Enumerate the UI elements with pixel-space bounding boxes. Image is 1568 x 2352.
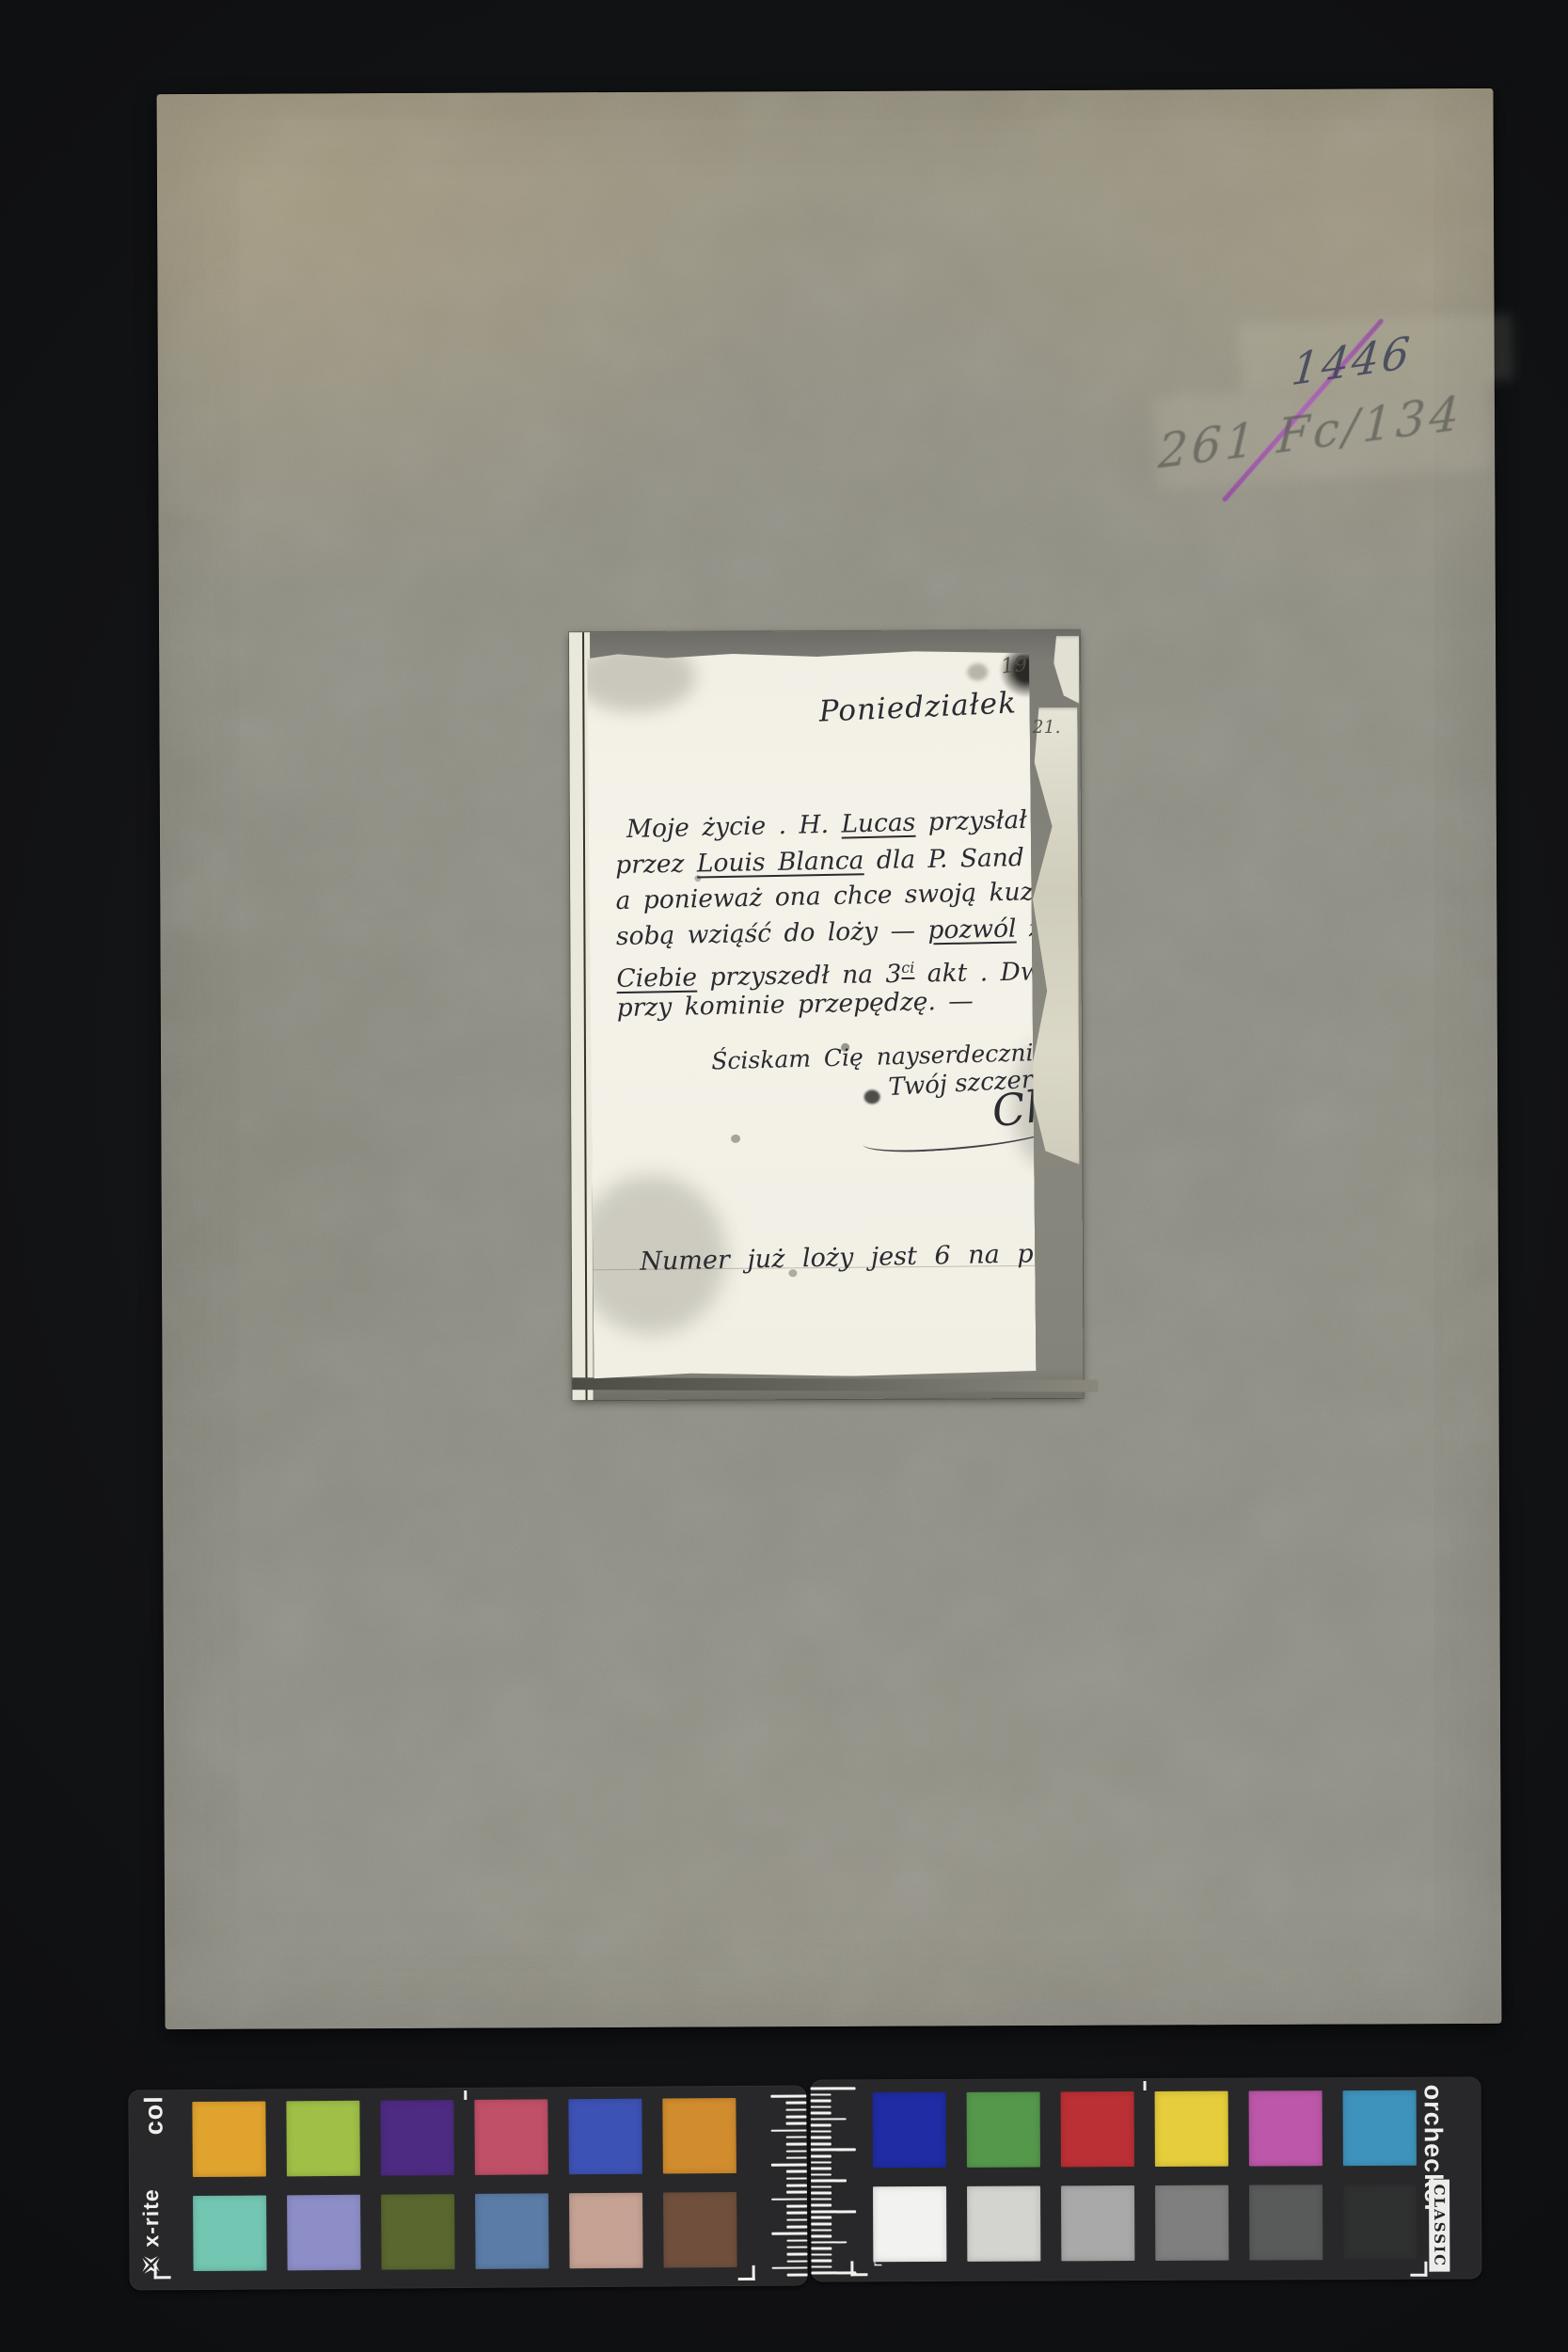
- ruler-tick: [811, 2168, 832, 2170]
- color-patch-bluish-green: [193, 2195, 267, 2271]
- ruler-tick: [811, 2222, 832, 2225]
- xrite-brand-label: x-rite: [138, 2188, 164, 2247]
- color-patch-orange-yellow: [192, 2101, 266, 2177]
- ruler-tick: [786, 2239, 807, 2242]
- colorchecker-label-left: col: [139, 2095, 168, 2135]
- color-patch-purple: [380, 2100, 454, 2176]
- ruler-tick: [811, 2210, 856, 2213]
- color-patch-blue: [873, 2092, 946, 2168]
- color-patch-foliage: [381, 2194, 455, 2270]
- ruler-tick: [771, 2129, 807, 2132]
- ruler-tick: [786, 2170, 807, 2173]
- color-patch-grid: [873, 2090, 1418, 2263]
- ruler-tick: [811, 2100, 832, 2103]
- color-patch-dark-skin: [663, 2192, 737, 2268]
- photo-bottom-shadow: [572, 1377, 1098, 1391]
- corner-bracket: [1410, 2262, 1427, 2277]
- signature-flourish: [862, 1113, 1063, 1155]
- ruler-tick: [785, 2115, 806, 2118]
- page-number: 19: [1000, 652, 1029, 678]
- ruler-tick: [811, 2229, 832, 2232]
- registration-tick: [1144, 2081, 1147, 2090]
- ruler-tick: [811, 2204, 832, 2207]
- ruler-tick: [811, 2235, 832, 2238]
- ruler-tick: [811, 2106, 832, 2108]
- ruler-tick: [811, 2185, 832, 2188]
- letter-page: 19 Poniedziałek Moje życie . H. Lucas pr…: [587, 648, 1036, 1378]
- classic-badge: CLASSIC: [1429, 2179, 1449, 2272]
- ruler-tick: [811, 2154, 832, 2157]
- ruler-tick: [786, 2225, 807, 2228]
- color-patch-green: [967, 2091, 1040, 2167]
- ruler-tick: [785, 2108, 806, 2111]
- ruler-tick: [786, 2136, 807, 2138]
- archive-photograph: 1446 261 Fc/134 21. 19 Poniedzia: [0, 0, 1568, 2352]
- ruler-tick: [786, 2122, 807, 2125]
- ruler-tick: [811, 2253, 832, 2256]
- ruler-tick: [787, 2260, 808, 2263]
- letter-heading: Poniedziałek: [818, 686, 1018, 728]
- colorchecker-right-strip: mm orchecker CLASSIC: [811, 2076, 1482, 2281]
- color-patch-moderate-red: [474, 2099, 548, 2175]
- ruler-tick: [811, 2180, 847, 2183]
- letter-photograph: 21. 19 Poniedziałek Moje życie . H. Luca…: [569, 630, 1084, 1400]
- ruler-tick: [811, 2087, 856, 2090]
- ruler-tick: [772, 2266, 808, 2269]
- ruler-tick: [811, 2272, 856, 2275]
- color-patch-white: [873, 2186, 946, 2262]
- color-patch-blue-flower: [287, 2195, 361, 2271]
- ruler-tick: [811, 2198, 832, 2201]
- ruler-tick: [811, 2124, 832, 2127]
- color-patch-orange: [662, 2098, 736, 2174]
- mount-board: 1446 261 Fc/134 21. 19 Poniedzia: [157, 88, 1502, 2029]
- letter-line: przy kominie przepędzę. —: [616, 984, 1059, 1028]
- ruler-tick: [786, 2246, 807, 2249]
- ruler-tick: [811, 2142, 832, 2145]
- color-patch-neutral-8: [967, 2185, 1040, 2261]
- color-patch-magenta: [1249, 2090, 1323, 2166]
- mm-ruler: [811, 2087, 857, 2274]
- ruler-tick: [787, 2274, 808, 2277]
- ruler-tick: [811, 2265, 832, 2268]
- stain: [864, 1089, 880, 1104]
- ruler-tick: [811, 2093, 832, 2096]
- ruler-tick: [811, 2173, 832, 2176]
- colorchecker-left-strip: col x-rite: [128, 2085, 807, 2290]
- ruler-tick: [786, 2253, 807, 2256]
- ruler-tick: [786, 2185, 807, 2187]
- ruler-tick: [811, 2217, 832, 2219]
- color-patch-neutral-3-5: [1249, 2185, 1323, 2260]
- color-patch-cyan: [1343, 2090, 1417, 2166]
- ruler-tick: [811, 2130, 832, 2133]
- ruler-tick: [786, 2191, 807, 2194]
- ruler-tick: [811, 2260, 832, 2263]
- ruler-tick: [786, 2156, 807, 2159]
- stain: [967, 663, 988, 680]
- color-patch-yellow-green: [286, 2101, 360, 2177]
- ruler-tick: [811, 2192, 832, 2195]
- ruler-tick: [785, 2102, 806, 2105]
- ruler-tick: [811, 2118, 847, 2121]
- ruler-tick: [811, 2241, 847, 2244]
- color-patch-red: [1061, 2091, 1134, 2167]
- stain: [574, 642, 697, 712]
- corner-bracket: [850, 2261, 867, 2276]
- corner-bracket: [154, 2264, 171, 2279]
- ruler-tick: [771, 2198, 807, 2201]
- mm-ruler: [770, 2094, 807, 2276]
- ruler-tick: [771, 2233, 807, 2235]
- color-patch-neutral-6-5: [1061, 2185, 1134, 2261]
- letter-body: Moje życie . H. Lucas przysłał lożęprzez…: [615, 810, 1059, 1029]
- ruler-tick: [811, 2112, 832, 2115]
- color-patch-blue-sky: [475, 2193, 549, 2269]
- color-patch-purplish-blue: [568, 2099, 642, 2175]
- ruler-tick: [786, 2204, 807, 2207]
- stain: [731, 1135, 740, 1143]
- ruler-tick: [786, 2143, 807, 2146]
- color-patch-grid: [192, 2098, 736, 2271]
- color-patch-light-skin: [569, 2193, 643, 2269]
- ruler-tick: [786, 2218, 807, 2221]
- adjacent-page-torn-edge: [1051, 636, 1079, 704]
- registration-tick: [464, 2090, 467, 2100]
- color-patch-black: [1343, 2185, 1417, 2260]
- ruler-tick: [811, 2248, 832, 2250]
- ruler-tick: [811, 2149, 856, 2152]
- ruler-tick: [770, 2094, 806, 2097]
- letter-postscript: Numer już loży jest 6 na pierwszym.: [640, 1237, 1164, 1277]
- ruler-tick: [786, 2150, 807, 2153]
- color-patch-neutral-5: [1155, 2185, 1228, 2261]
- side-page-number: 21.: [1032, 717, 1060, 738]
- ruler-tick: [786, 2212, 807, 2215]
- color-patch-yellow: [1155, 2091, 1228, 2167]
- ruler-tick: [786, 2177, 807, 2180]
- corner-bracket: [738, 2265, 755, 2280]
- ruler-tick: [811, 2137, 832, 2139]
- ruler-tick: [771, 2164, 807, 2167]
- ruler-tick: [811, 2161, 832, 2164]
